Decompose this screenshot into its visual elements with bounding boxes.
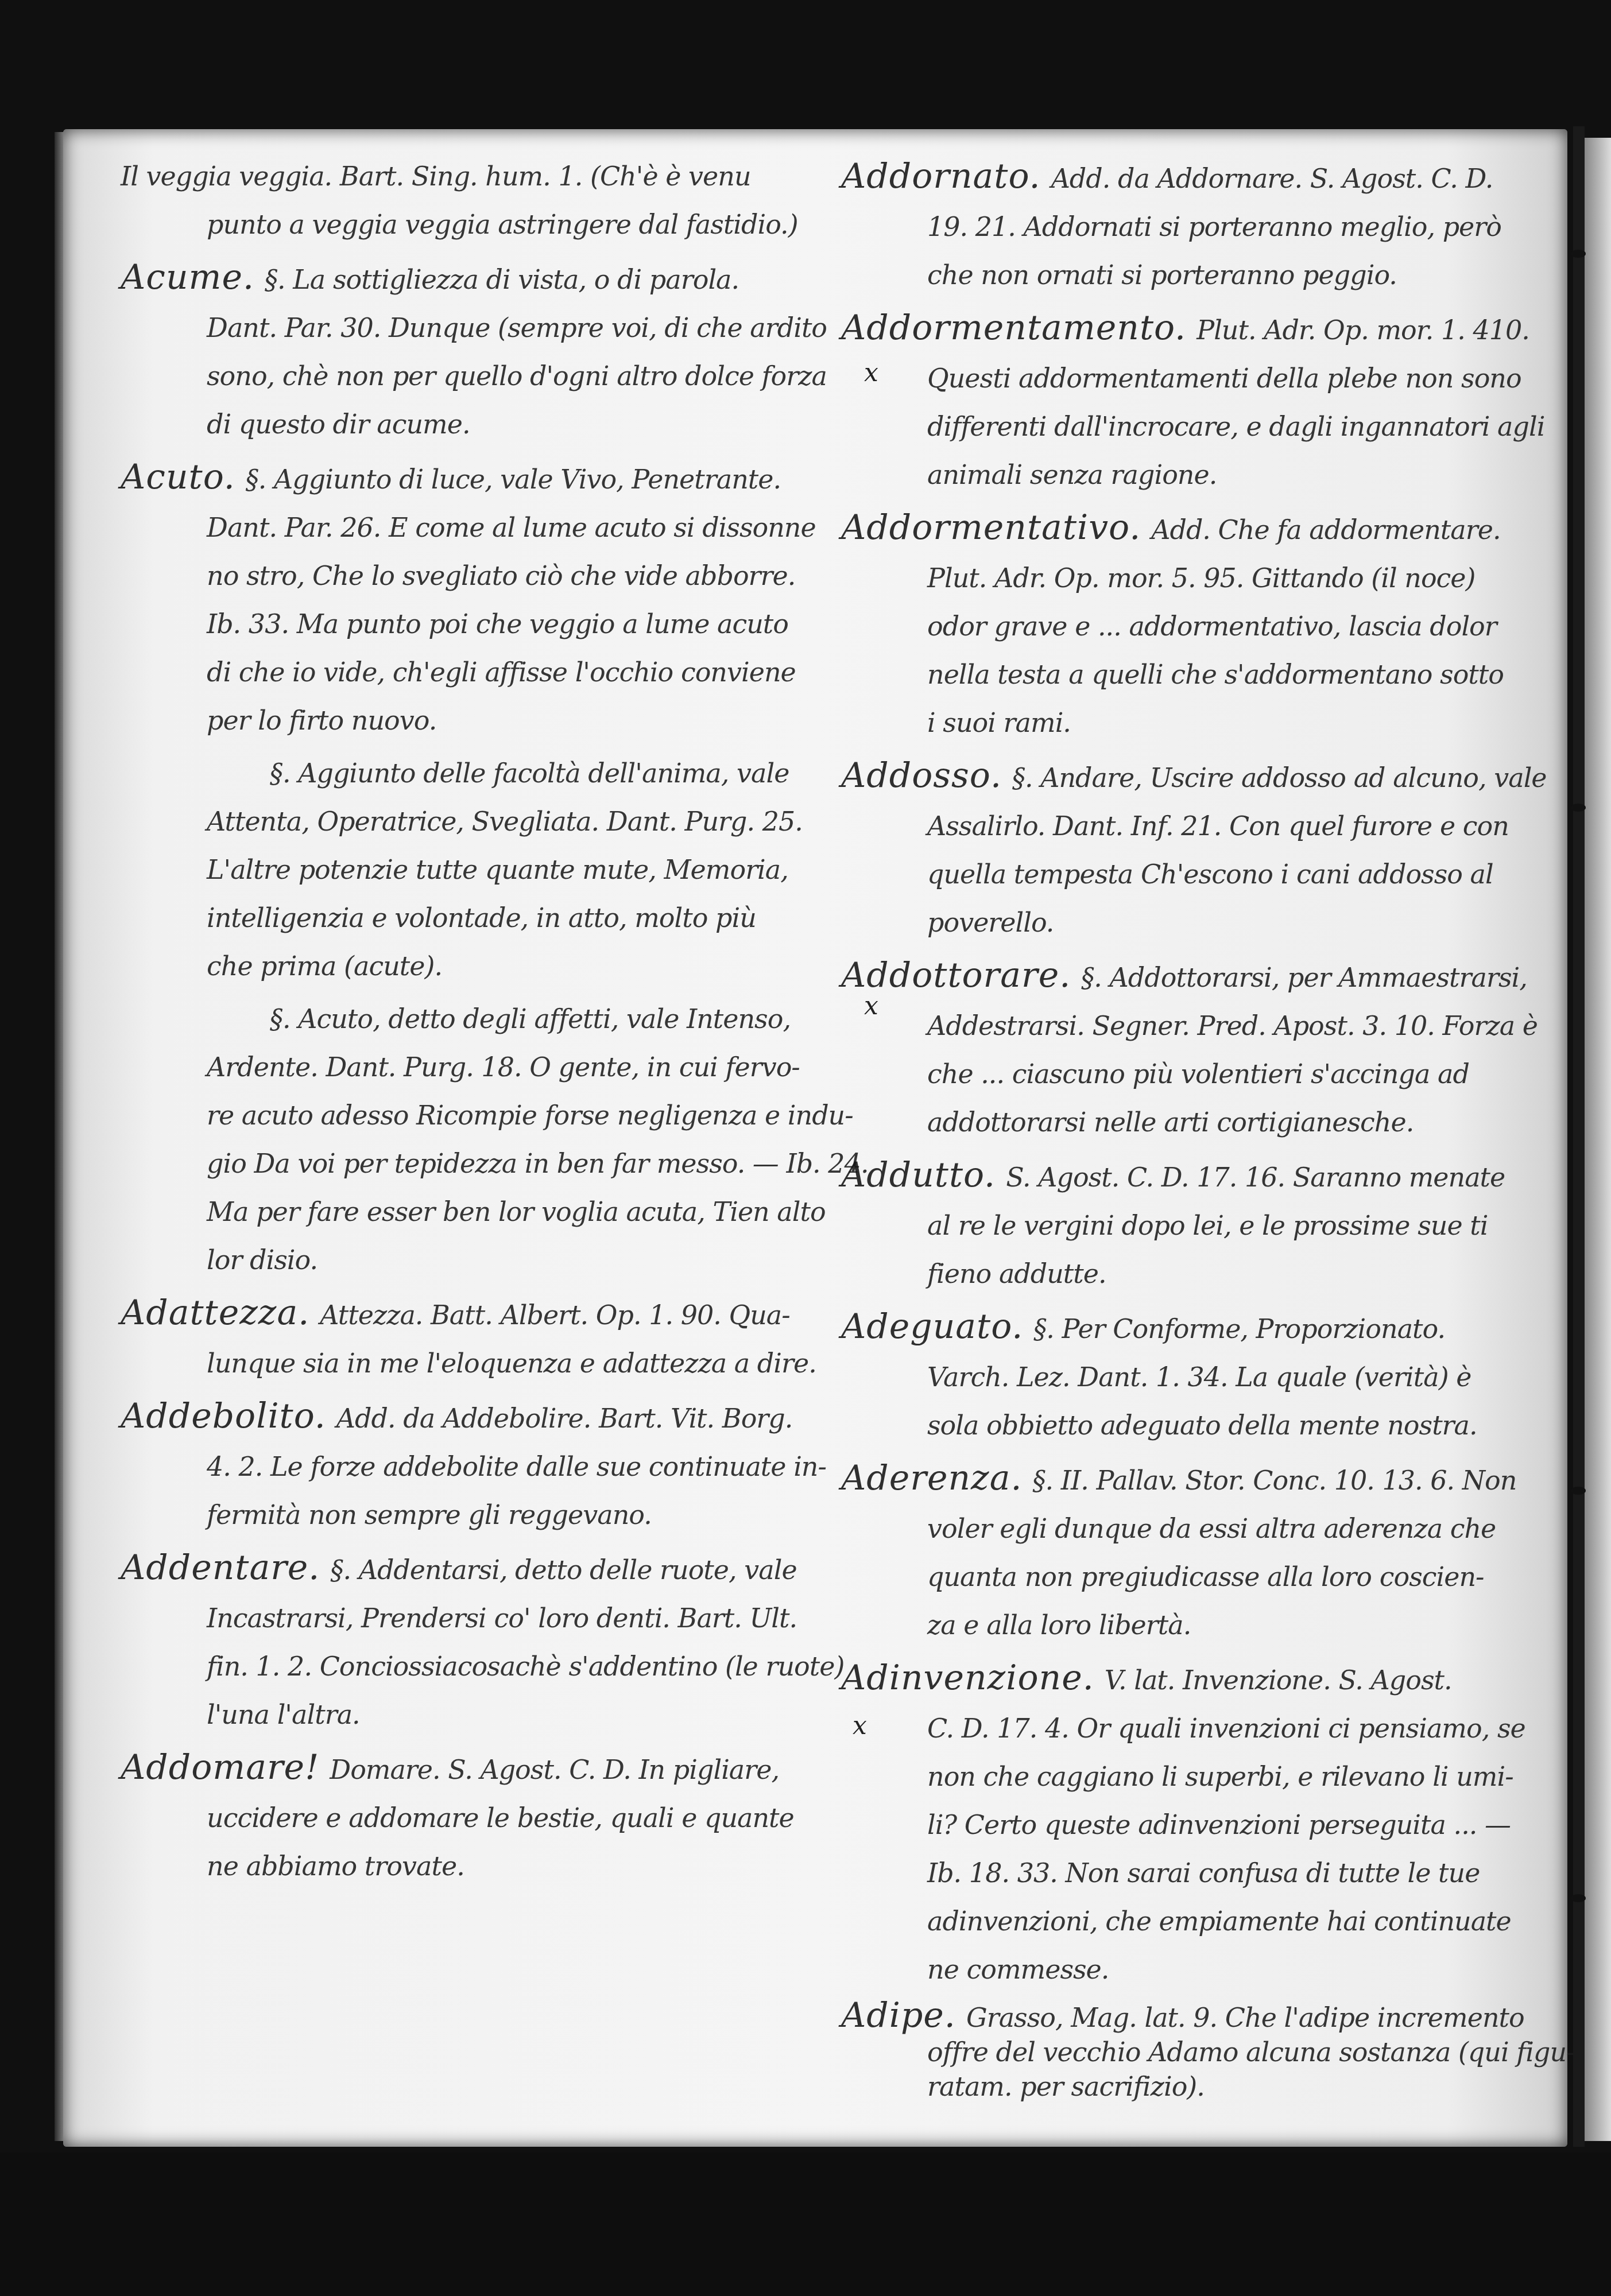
entry-line: differenti dall'incrocare, e dagli ingan… [841, 402, 1559, 451]
entry-line: za e alla loro libertà. [841, 1601, 1559, 1649]
entry-line: di che io vide, ch'egli affisse l'occhio… [121, 648, 850, 696]
entry-line: voler egli dunque da essi altra aderenza… [841, 1504, 1559, 1553]
entry-line: Addestrarsi. Segner. Pred. Apost. 3. 10.… [841, 1002, 1559, 1050]
entry-line: fermità non sempre gli reggevano. [121, 1491, 850, 1539]
left-column: Il veggia veggia. Bart. Sing. hum. 1. (C… [121, 152, 850, 1895]
headword: Addomare! [121, 1747, 319, 1787]
entry-line: li? Certo queste adinvenzioni perseguita… [841, 1801, 1559, 1849]
entry-line: Ma per fare esser ben lor voglia acuta, … [121, 1188, 850, 1236]
entry-acuto-affetti: §. Acuto, detto degli affetti, vale Inte… [121, 995, 850, 1284]
entry-line: fieno addutte. [841, 1250, 1559, 1298]
entry-line: che prima (acute). [121, 942, 850, 990]
entry-line: L'altre potenzie tutte quante mute, Memo… [121, 846, 850, 894]
entry-addormentativo: Addormentativo.Add. Che fa addormentare.… [841, 503, 1559, 747]
entry-line: Dant. Par. 26. E come al lume acuto si d… [121, 503, 850, 552]
book-gutter [1573, 126, 1585, 2147]
headword: Aderenza. [841, 1458, 1023, 1498]
headword: Addebolito. [121, 1396, 326, 1436]
entry-line: intelligenzia e volontade, in atto, molt… [121, 894, 850, 942]
headword: Addottorare. [841, 955, 1071, 995]
headword: Addormentativo. [841, 507, 1141, 548]
entry-line: che non ornati si porteranno peggio. [841, 251, 1559, 299]
headword: Adeguato. [841, 1306, 1023, 1347]
entry-line: Ardente. Dant. Purg. 18. O gente, in cui… [121, 1043, 850, 1091]
headword: Acume. [121, 257, 254, 297]
entry-line: addottorarsi nelle arti cortigianesche. [841, 1098, 1559, 1146]
entry-line: Dant. Par. 30. Dunque (sempre voi, di ch… [121, 304, 850, 352]
entry-line: sono, chè non per quello d'ogni altro do… [121, 352, 850, 400]
entry-line: Add. da Addebolire. Bart. Vit. Borg. [336, 1403, 793, 1434]
right-column: Addornato.Add. da Addornare. S. Agost. C… [841, 152, 1559, 2108]
entry-addormentamento: Addormentamento.Plut. Adr. Op. mor. 1. 4… [841, 304, 1559, 499]
entry-line: lunque sia in me l'eloquenza e adattezza… [121, 1339, 850, 1387]
entry-line: Add. Che fa addormentare. [1151, 514, 1500, 545]
entry-line: §. Addottorarsi, per Ammaestrarsi, [1081, 962, 1527, 993]
entry-acuto-faculty: §. Aggiunto delle facoltà dell'anima, va… [121, 749, 850, 990]
headword: Adattezza. [121, 1293, 309, 1333]
section-mark: §. [270, 1003, 291, 1034]
entry-line: 19. 21. Addornati si porteranno meglio, … [841, 203, 1559, 251]
entry-line: ratam. per sacrifizio). [841, 2069, 1559, 2104]
headword: Adinvenzione. [841, 1658, 1094, 1698]
entry-line: Domare. S. Agost. C. D. In pigliare, [330, 1754, 779, 1785]
entry-line: non che caggiano li superbi, e rilevano … [841, 1752, 1559, 1801]
entry-addottorare: Addottorare.§. Addottorarsi, per Ammaest… [841, 951, 1559, 1146]
binding-stitch-mark [1571, 1487, 1586, 1495]
entry-line: §. Addentarsi, detto delle ruote, vale [330, 1554, 796, 1585]
headword: Acuto. [121, 457, 235, 497]
entry-line: di questo dir acume. [121, 400, 850, 448]
entry-line: Acuto, detto degli affetti, vale Intenso… [298, 1003, 791, 1034]
entry-aderenza: Aderenza.§. II. Pallav. Stor. Conc. 10. … [841, 1454, 1559, 1649]
headword: Addentare. [121, 1548, 320, 1588]
entry-addebolito: Addebolito.Add. da Addebolire. Bart. Vit… [121, 1392, 850, 1539]
entry-line: V. lat. Invenzione. S. Agost. [1105, 1665, 1452, 1696]
entry-line: gio Da voi per tepidezza in ben far mess… [121, 1139, 850, 1188]
entry-line: Add. da Addornare. S. Agost. C. D. [1051, 163, 1493, 194]
entry-line: i suoi rami. [841, 699, 1559, 747]
entry-line: poverello. [841, 898, 1559, 947]
entry-line: S. Agost. C. D. 17. 16. Saranno menate [1006, 1162, 1505, 1193]
entry-line: punto a veggia veggia astringere dal fas… [121, 200, 850, 249]
entry: Il veggia veggia. Bart. Sing. hum. 1. (C… [121, 152, 850, 249]
scan-bottom-shadow [0, 2152, 1611, 2296]
entry-line: odor grave e ... addormentativo, lascia … [841, 602, 1559, 650]
headword: Adipe. [841, 1995, 956, 2035]
entry-line: Ib. 18. 33. Non sarai confusa di tutte l… [841, 1849, 1559, 1897]
entry-line: Plut. Adr. Op. mor. 5. 95. Gittando (il … [841, 554, 1559, 602]
entry-line: per lo firto nuovo. [121, 696, 850, 744]
binding-stitch-mark [1571, 804, 1586, 812]
entry-line: Attezza. Batt. Albert. Op. 1. 90. Qua- [320, 1300, 790, 1331]
headword: Addosso. [841, 755, 1002, 796]
entry-line: re acuto adesso Ricompie forse negligenz… [121, 1091, 850, 1139]
section-mark: §. [270, 758, 291, 789]
entry-addentare: Addentare.§. Addentarsi, detto delle ruo… [121, 1543, 850, 1739]
entry-line: Incastrarsi, Prendersi co' loro denti. B… [121, 1594, 850, 1642]
adjacent-page-edge [1585, 138, 1611, 2141]
entry-line: §. Per Conforme, Proporzionato. [1033, 1313, 1445, 1344]
entry-line: Il veggia veggia. Bart. Sing. hum. 1. (C… [121, 152, 850, 200]
entry-line: Assalirlo. Dant. Inf. 21. Con quel furor… [841, 802, 1559, 850]
entry-line: §. II. Pallav. Stor. Conc. 10. 13. 6. No… [1033, 1465, 1517, 1496]
entry-adinvenzione: Adinvenzione.V. lat. Invenzione. S. Agos… [841, 1654, 1559, 1994]
entry-line: C. D. 17. 4. Or quali invenzioni ci pens… [841, 1704, 1559, 1752]
binding-stitch-mark [1571, 250, 1586, 258]
entry-line: offre del vecchio Adamo alcuna sostanza … [841, 2035, 1559, 2069]
entry-adipe: Adipe.Grasso, Mag. lat. 9. Che l'adipe i… [841, 1998, 1559, 2104]
entry-line: no stro, Che lo svegliato ciò che vide a… [121, 552, 850, 600]
entry-addosso: Addosso.§. Andare, Uscire addosso ad alc… [841, 751, 1559, 947]
entry-line: lor disio. [121, 1236, 850, 1284]
entry-addutto: Addutto.S. Agost. C. D. 17. 16. Saranno … [841, 1151, 1559, 1298]
entry-line: §. Aggiunto di luce, vale Vivo, Penetran… [246, 464, 781, 495]
entry-line: Questi addormentamenti della plebe non s… [841, 354, 1559, 402]
entry-acume: Acume.§. La sottigliezza di vista, o di … [121, 253, 850, 448]
entry-line: nella testa a quelli che s'addormentano … [841, 650, 1559, 699]
binding-stitch-mark [1571, 1894, 1586, 1902]
entry-line: 4. 2. Le forze addebolite dalle sue cont… [121, 1442, 850, 1491]
entry-addomare: Addomare!Domare. S. Agost. C. D. In pigl… [121, 1743, 850, 1890]
entry-line: Aggiunto delle facoltà dell'anima, vale [298, 758, 789, 789]
entry-acuto: Acuto.§. Aggiunto di luce, vale Vivo, Pe… [121, 453, 850, 744]
entry-addornato: Addornato.Add. da Addornare. S. Agost. C… [841, 152, 1559, 299]
entry-line: Grasso, Mag. lat. 9. Che l'adipe increme… [966, 2002, 1524, 2033]
entry-line: l'una l'altra. [121, 1690, 850, 1739]
entry-line: animali senza ragione. [841, 451, 1559, 499]
entry-adattezza: Adattezza.Attezza. Batt. Albert. Op. 1. … [121, 1289, 850, 1387]
entry-line: ne abbiamo trovate. [121, 1842, 850, 1890]
entry-line: fin. 1. 2. Conciossiacosachè s'addentino… [121, 1642, 850, 1690]
entry-line: adinvenzioni, che empiamente hai continu… [841, 1897, 1559, 1945]
headword: Addornato. [841, 156, 1041, 196]
entry-line: quanta non pregiudicasse alla loro cosci… [841, 1553, 1559, 1601]
headword: Addormentamento. [841, 308, 1186, 348]
entry-line: Attenta, Operatrice, Svegliata. Dant. Pu… [121, 797, 850, 846]
entry-adeguato: Adeguato.§. Per Conforme, Proporzionato.… [841, 1302, 1559, 1449]
entry-line: §. La sottigliezza di vista, o di parola… [265, 264, 739, 295]
entry-line: Ib. 33. Ma punto poi che veggio a lume a… [121, 600, 850, 648]
entry-line: che ... ciascuno più volentieri s'accing… [841, 1050, 1559, 1098]
entry-line: uccidere e addomare le bestie, quali e q… [121, 1794, 850, 1842]
headword: Addutto. [841, 1155, 996, 1195]
entry-line: ne commesse. [841, 1945, 1559, 1994]
entry-line: Plut. Adr. Op. mor. 1. 410. [1196, 315, 1529, 346]
entry-line: sola obbietto adeguato della mente nostr… [841, 1401, 1559, 1449]
entry-line: §. Andare, Uscire addosso ad alcuno, val… [1012, 762, 1547, 793]
entry-line: al re le vergini dopo lei, e le prossime… [841, 1201, 1559, 1250]
entry-line: Varch. Lez. Dant. 1. 34. La quale (verit… [841, 1353, 1559, 1401]
entry-line: quella tempesta Ch'escono i cani addosso… [841, 850, 1559, 898]
